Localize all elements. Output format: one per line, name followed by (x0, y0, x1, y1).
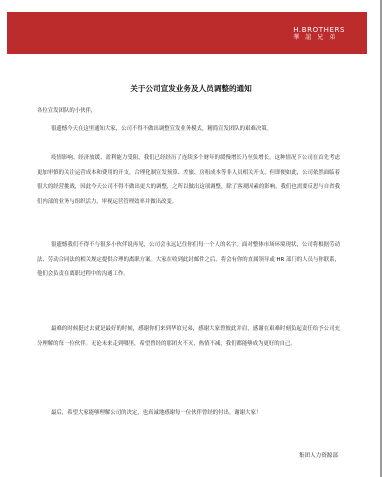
paragraph-5: 最后，希望大家能够理解公司的决定，也真诚地感谢每一位伙伴曾经的付出。谢谢大家！ (37, 406, 340, 421)
paragraph-4: 最难的时候挺过去就是最好的时候，感谢你们来到华谊兄弟，感谢大家曾彼此并肩，感谢在… (37, 322, 340, 351)
brand-logo: H.BROTHERS 華誼兄弟 (293, 26, 345, 41)
paragraph-1: 很遗憾今天在这里通知大家，公司不得不做出调整宣发业务模式，精简宣发团队的艰难决策… (37, 122, 340, 137)
document-title: 关于公司宣发业务及人员调整的通知 (0, 83, 382, 94)
paragraph-3: 很遗憾我们不得不与很多小伙伴说再见，公司会永远记住你们每一个人的名字。面对整体市… (37, 238, 340, 282)
paragraph-2: 疫情影响、经济放缓、盈利能力受阻，我们已经经历了连续多个财年的缓慢增长乃至负增长… (37, 151, 340, 209)
brand-name-en: H.BROTHERS (293, 26, 345, 34)
brand-name-cn: 華誼兄弟 (293, 34, 345, 41)
header-banner: H.BROTHERS 華誼兄弟 (7, 12, 367, 54)
signature: 集团人力资源部 (299, 451, 338, 459)
greeting: 各位宣发团队的小伙伴， (37, 106, 96, 114)
